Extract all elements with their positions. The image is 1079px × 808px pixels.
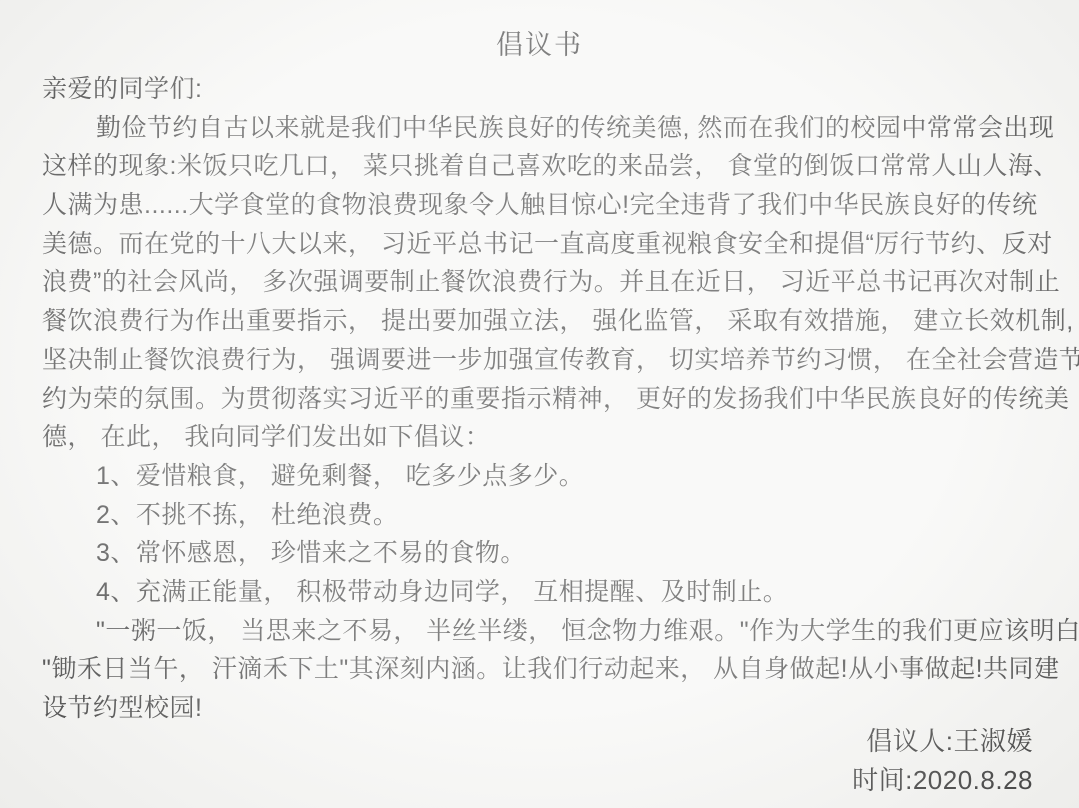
paragraph-line: 人满为患......大学食堂的食物浪费现象令人触目惊心!完全违背了我们中华民族良… [42,186,1045,225]
paragraph-line: 浪费”的社会风尚， 多次强调要制止餐饮浪费行为。并且在近日， 习近平总书记再次对… [42,263,1045,302]
paragraph-line: 美德。而在党的十八大以来， 习近平总书记一直高度重视粮食安全和提倡“厉行节约、反… [42,225,1045,264]
paragraph-line: 这样的现象:米饭只吃几口， 菜只挑着自己喜欢吃的来品尝， 食堂的倒饭口常常人山人… [42,147,1045,186]
paragraph-line: 德， 在此， 我向同学们发出如下倡议： [42,418,1045,457]
paragraph-line: 勤俭节约自古以来就是我们中华民族良好的传统美德, 然而在我们的校园中常常会出现 [42,109,1045,148]
paragraph-line: 坚决制止餐饮浪费行为， 强调要进一步加强宣传教育， 切实培养节约习惯， 在全社会… [42,341,1045,380]
document-title: 倡议书 [0,28,1079,62]
signature-block: 倡议人:王淑媛 时间:2020.8.28 [852,722,1033,799]
list-item-2: 2、不挑不拣， 杜绝浪费。 [42,496,1045,535]
date-line: 时间:2020.8.28 [852,761,1033,800]
paragraph-line: 餐饮浪费行为作出重要指示， 提出要加强立法， 强化监管， 采取有效措施， 建立长… [42,302,1045,341]
list-item-4: 4、充满正能量， 积极带动身边同学， 互相提醒、及时制止。 [42,573,1045,612]
closing-line: "锄禾日当午， 汗滴禾下土"其深刻内涵。让我们行动起来， 从自身做起!从小事做起… [42,650,1045,689]
proposal-document: 倡议书 亲爱的同学们: 勤俭节约自古以来就是我们中华民族良好的传统美德, 然而在… [0,0,1079,808]
salutation: 亲爱的同学们: [42,70,1045,109]
list-item-3: 3、常怀感恩， 珍惜来之不易的食物。 [42,534,1045,573]
closing-line: "一粥一饭， 当思来之不易， 半丝半缕， 恒念物力维艰。"作为大学生的我们更应该… [42,612,1045,651]
proposer-line: 倡议人:王淑媛 [852,722,1033,761]
document-body: 亲爱的同学们: 勤俭节约自古以来就是我们中华民族良好的传统美德, 然而在我们的校… [42,70,1045,728]
list-item-1: 1、爱惜粮食， 避免剩餐， 吃多少点多少。 [42,457,1045,496]
paragraph-line: 约为荣的氛围。为贯彻落实习近平的重要指示精神， 更好的发扬我们中华民族良好的传统… [42,380,1045,419]
